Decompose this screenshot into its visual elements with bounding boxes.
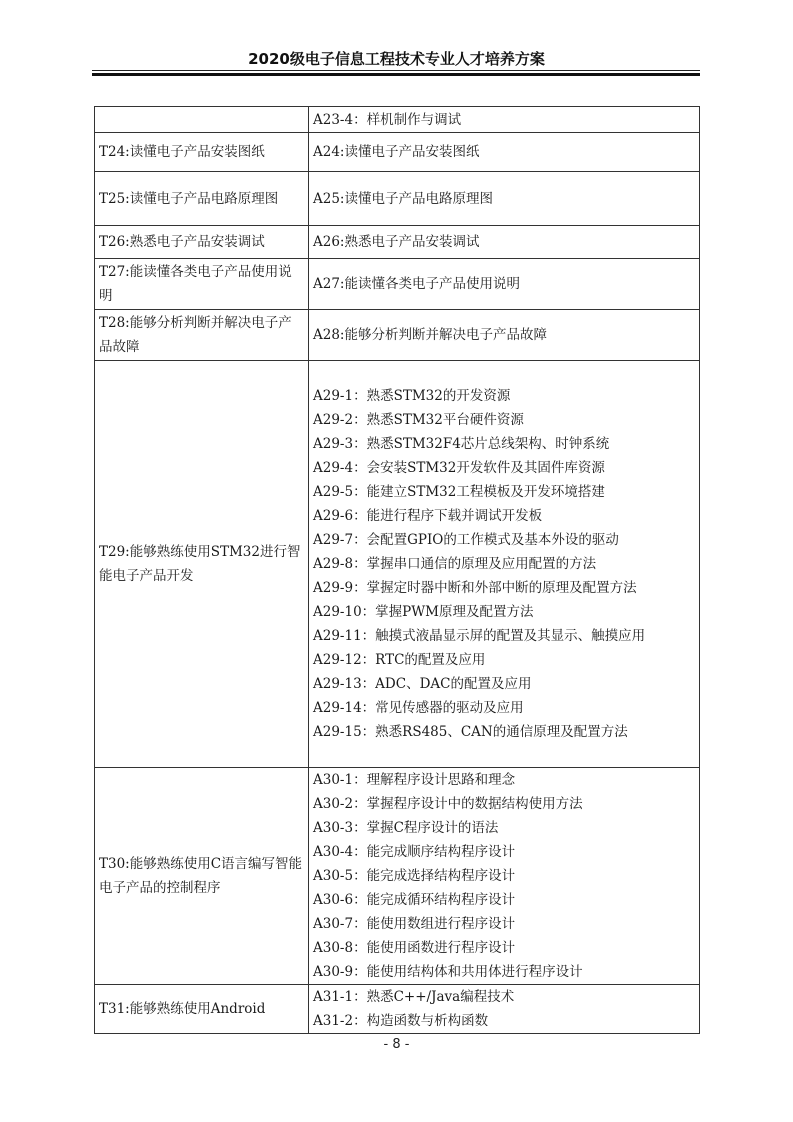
task-text: T26:熟悉电子产品安装调试 (99, 234, 265, 250)
task-cell: T29:能够熟练使用STM32进行智能电子产品开发 (95, 361, 309, 768)
ability-item: A29-8：掌握串口通信的原理及应用配置的方法 (313, 552, 695, 576)
ability-item: A29-9：掌握定时器中断和外部中断的原理及配置方法 (313, 576, 695, 600)
ability-cell: A27:能读懂各类电子产品使用说明 (309, 259, 700, 310)
task-text: T29:能够熟练使用STM32进行智能电子产品开发 (99, 544, 301, 584)
ability-item: A29-10：掌握PWM原理及配置方法 (313, 600, 695, 624)
ability-item: A30-7：能使用数组进行程序设计 (313, 912, 695, 936)
ability-item: A30-3：掌握C程序设计的语法 (313, 816, 695, 840)
table-row: T24:读懂电子产品安装图纸A24:读懂电子产品安装图纸 (95, 133, 700, 172)
document-header-title: 2020级电子信息工程技术专业人才培养方案 (0, 48, 793, 69)
ability-cell: A28:能够分析判断并解决电子产品故障 (309, 310, 700, 361)
header-rule-thick (92, 73, 700, 76)
ability-item: A25:读懂电子产品电路原理图 (313, 187, 695, 211)
ability-item: A23-4：样机制作与调试 (313, 108, 695, 132)
ability-cell: A25:读懂电子产品电路原理图 (309, 172, 700, 226)
ability-item: A30-9：能使用结构体和共用体进行程序设计 (313, 960, 695, 984)
ability-item: A29-6：能进行程序下载并调试开发板 (313, 504, 695, 528)
ability-item: A29-13：ADC、DAC的配置及应用 (313, 672, 695, 696)
ability-item: A29-14：常见传感器的驱动及应用 (313, 696, 695, 720)
ability-cell: A23-4：样机制作与调试 (309, 107, 700, 133)
ability-item: A29-4：会安装STM32开发软件及其固件库资源 (313, 456, 695, 480)
task-cell (95, 107, 309, 133)
ability-item: A31-2：构造函数与析构函数 (313, 1009, 695, 1033)
table-row: T28:能够分析判断并解决电子产品故障A28:能够分析判断并解决电子产品故障 (95, 310, 700, 361)
ability-item: A30-6：能完成循环结构程序设计 (313, 888, 695, 912)
ability-item: A27:能读懂各类电子产品使用说明 (313, 272, 695, 296)
ability-item: A30-2：掌握程序设计中的数据结构使用方法 (313, 792, 695, 816)
ability-item: A30-5：能完成选择结构程序设计 (313, 864, 695, 888)
ability-item: A29-1：熟悉STM32的开发资源 (313, 384, 695, 408)
ability-cell: A24:读懂电子产品安装图纸 (309, 133, 700, 172)
table-row: T27:能读懂各类电子产品使用说明A27:能读懂各类电子产品使用说明 (95, 259, 700, 310)
task-text: T25:读懂电子产品电路原理图 (99, 191, 278, 207)
table-row: A23-4：样机制作与调试 (95, 107, 700, 133)
ability-item: A26:熟悉电子产品安装调试 (313, 230, 695, 254)
table-row: T29:能够熟练使用STM32进行智能电子产品开发A29-1：熟悉STM32的开… (95, 361, 700, 768)
task-text: T28:能够分析判断并解决电子产品故障 (99, 315, 292, 355)
table-row: T31:能够熟练使用AndroidA31-1：熟悉C++/Java编程技术A31… (95, 985, 700, 1034)
table-row: T30:能够熟练使用C语言编写智能电子产品的控制程序A30-1：理解程序设计思路… (95, 768, 700, 985)
page-number: - 8 - (0, 1037, 793, 1052)
ability-cell: A29-1：熟悉STM32的开发资源A29-2：熟悉STM32平台硬件资源A29… (309, 361, 700, 768)
ability-cell: A26:熟悉电子产品安装调试 (309, 226, 700, 259)
task-cell: T31:能够熟练使用Android (95, 985, 309, 1034)
task-text: T27:能读懂各类电子产品使用说明 (99, 264, 292, 304)
ability-cell: A31-1：熟悉C++/Java编程技术A31-2：构造函数与析构函数 (309, 985, 700, 1034)
task-cell: T25:读懂电子产品电路原理图 (95, 172, 309, 226)
ability-item: A29-5：能建立STM32工程模板及开发环境搭建 (313, 480, 695, 504)
task-text: T31:能够熟练使用Android (99, 1001, 265, 1017)
task-text: T30:能够熟练使用C语言编写智能电子产品的控制程序 (99, 856, 302, 896)
table-body: A23-4：样机制作与调试T24:读懂电子产品安装图纸A24:读懂电子产品安装图… (95, 107, 700, 1034)
ability-item: A29-7：会配置GPIO的工作模式及基本外设的驱动 (313, 528, 695, 552)
ability-item: A29-15：熟悉RS485、CAN的通信原理及配置方法 (313, 720, 695, 744)
ability-item: A30-1：理解程序设计思路和理念 (313, 768, 695, 792)
ability-item: A30-8：能使用函数进行程序设计 (313, 936, 695, 960)
table-row: T25:读懂电子产品电路原理图A25:读懂电子产品电路原理图 (95, 172, 700, 226)
table-row: T26:熟悉电子产品安装调试A26:熟悉电子产品安装调试 (95, 226, 700, 259)
ability-cell: A30-1：理解程序设计思路和理念A30-2：掌握程序设计中的数据结构使用方法A… (309, 768, 700, 985)
ability-item: A29-2：熟悉STM32平台硬件资源 (313, 408, 695, 432)
ability-item: A24:读懂电子产品安装图纸 (313, 140, 695, 164)
ability-item: A29-11：触摸式液晶显示屏的配置及其显示、触摸应用 (313, 624, 695, 648)
ability-item: A31-1：熟悉C++/Java编程技术 (313, 985, 695, 1009)
task-cell: T24:读懂电子产品安装图纸 (95, 133, 309, 172)
ability-item: A30-4：能完成顺序结构程序设计 (313, 840, 695, 864)
task-cell: T28:能够分析判断并解决电子产品故障 (95, 310, 309, 361)
task-cell: T27:能读懂各类电子产品使用说明 (95, 259, 309, 310)
task-ability-table: A23-4：样机制作与调试T24:读懂电子产品安装图纸A24:读懂电子产品安装图… (94, 106, 700, 1034)
task-text: T24:读懂电子产品安装图纸 (99, 144, 265, 160)
ability-item: A29-12：RTC的配置及应用 (313, 648, 695, 672)
ability-item: A29-3：熟悉STM32F4芯片总线架构、时钟系统 (313, 432, 695, 456)
ability-item: A28:能够分析判断并解决电子产品故障 (313, 323, 695, 347)
task-cell: T30:能够熟练使用C语言编写智能电子产品的控制程序 (95, 768, 309, 985)
header-rule-thin (92, 70, 700, 71)
task-cell: T26:熟悉电子产品安装调试 (95, 226, 309, 259)
